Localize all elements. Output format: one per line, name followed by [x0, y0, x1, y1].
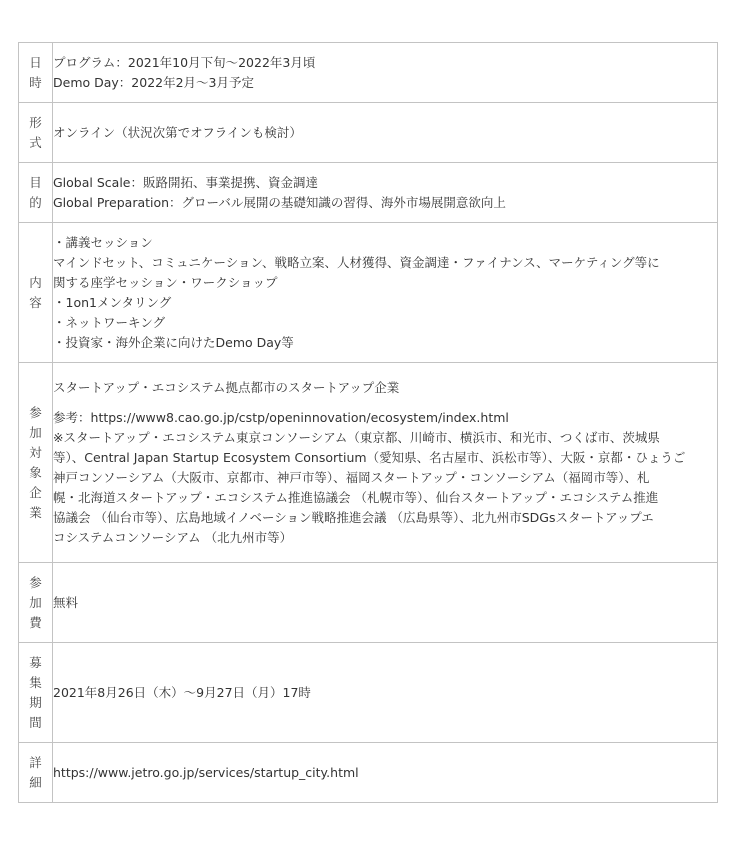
label-format: 形 式 — [19, 103, 53, 163]
row-details: 詳 細 https://www.jetro.go.jp/services/sta… — [19, 743, 718, 803]
eligibility-lead: スタートアップ・エコシステム拠点都市のスタートアップ企業 — [53, 378, 717, 398]
value-purpose: Global Scale：販路開拓、事業提携、資金調達 Global Prepa… — [53, 163, 718, 223]
row-content: 内 容 ・講義セッション マインドセット、コミュニケーション、戦略立案、人材獲得… — [19, 223, 718, 363]
program-info-table: 日 時 プログラム：2021年10月下旬〜2022年3月頃 Demo Day：2… — [18, 42, 718, 803]
row-eligibility: 参 加 対 象 企 業 スタートアップ・エコシステム拠点都市のスタートアップ企業… — [19, 363, 718, 563]
reference-link[interactable]: https://www8.cao.go.jp/cstp/openinnovati… — [91, 410, 509, 425]
row-schedule: 日 時 プログラム：2021年10月下旬〜2022年3月頃 Demo Day：2… — [19, 43, 718, 103]
value-format: オンライン（状況次第でオフラインも検討） — [53, 103, 718, 163]
program-period: プログラム：2021年10月下旬〜2022年3月頃 — [53, 53, 717, 73]
value-content: ・講義セッション マインドセット、コミュニケーション、戦略立案、人材獲得、資金調… — [53, 223, 718, 363]
row-application-period: 募 集 期 間 2021年8月26日（木）〜9月27日（月）17時 — [19, 643, 718, 743]
reference-line: 参考：https://www8.cao.go.jp/cstp/openinnov… — [53, 408, 717, 428]
label-content: 内 容 — [19, 223, 53, 363]
value-eligibility: スタートアップ・エコシステム拠点都市のスタートアップ企業 参考：https://… — [53, 363, 718, 563]
value-application-period: 2021年8月26日（木）〜9月27日（月）17時 — [53, 643, 718, 743]
value-fee: 無料 — [53, 563, 718, 643]
row-purpose: 目 的 Global Scale：販路開拓、事業提携、資金調達 Global P… — [19, 163, 718, 223]
label-details: 詳 細 — [19, 743, 53, 803]
label-application-period: 募 集 期 間 — [19, 643, 53, 743]
value-schedule: プログラム：2021年10月下旬〜2022年3月頃 Demo Day：2022年… — [53, 43, 718, 103]
label-purpose: 目 的 — [19, 163, 53, 223]
label-fee: 参 加 費 — [19, 563, 53, 643]
label-eligibility: 参 加 対 象 企 業 — [19, 363, 53, 563]
demo-day-period: Demo Day：2022年2月〜3月予定 — [53, 73, 717, 93]
row-format: 形 式 オンライン（状況次第でオフラインも検討） — [19, 103, 718, 163]
label-schedule: 日 時 — [19, 43, 53, 103]
value-details: https://www.jetro.go.jp/services/startup… — [53, 743, 718, 803]
row-fee: 参 加 費 無料 — [19, 563, 718, 643]
details-link[interactable]: https://www.jetro.go.jp/services/startup… — [53, 763, 717, 783]
